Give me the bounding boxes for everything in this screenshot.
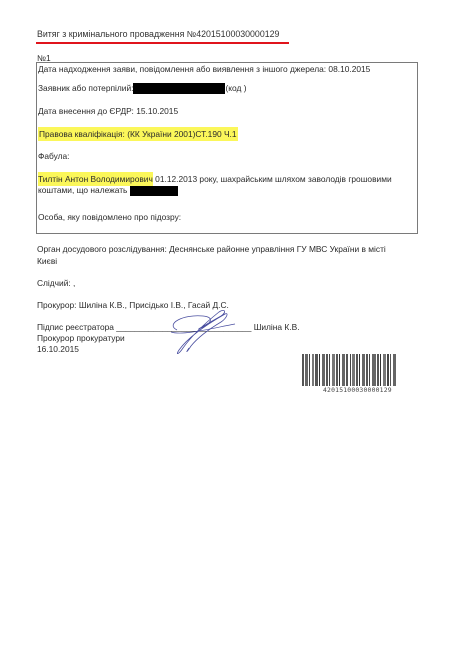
redacted-owner xyxy=(130,186,178,196)
applicant-row: Заявник або потерпілий:(код ) xyxy=(38,83,247,94)
case-details-box: Дата надходження заяви, повідомлення або… xyxy=(36,62,418,234)
redacted-applicant xyxy=(133,83,225,94)
legal-qualification-row: Правова кваліфікація: (КК України 2001)С… xyxy=(38,129,238,139)
applicant-label: Заявник або потерпілий: xyxy=(38,83,133,93)
handwritten-signature-icon xyxy=(163,302,243,358)
registrar-signature-label: Підпис реєстратора xyxy=(37,322,114,332)
applicant-code: (код ) xyxy=(225,83,246,93)
document-title: Витяг з кримінального провадження №42015… xyxy=(37,29,279,39)
date-received: Дата надходження заяви, повідомлення або… xyxy=(38,64,370,74)
investigation-body-line-2: Києві xyxy=(37,256,57,266)
date-entered: Дата внесення до ЄРДР: 15.10.2015 xyxy=(38,106,178,116)
plot-text-1: 01.12.2013 року, шахрайським шляхом заво… xyxy=(153,174,392,184)
investigator: Слідчий: , xyxy=(37,278,75,288)
plot-highlighted-name: Тилтін Антон Володимирович xyxy=(38,172,153,186)
barcode xyxy=(302,354,414,386)
plot-text-2: коштами, що належать xyxy=(38,185,127,195)
plot-line-1: Тилтін Антон Володимирович 01.12.2013 ро… xyxy=(38,174,392,184)
barcode-number: 42015100030000129 xyxy=(323,386,392,394)
legal-qualification: Правова кваліфікація: (КК України 2001)С… xyxy=(38,127,238,141)
signature-date: 16.10.2015 xyxy=(37,344,79,354)
investigation-body-line-1: Орган досудового розслідування: Деснянсь… xyxy=(37,244,386,254)
suspect-label: Особа, яку повідомлено про підозру: xyxy=(38,212,181,222)
plot-line-2: коштами, що належать xyxy=(38,185,178,196)
plot-label: Фабула: xyxy=(38,151,70,161)
title-underline xyxy=(36,42,289,44)
registrar-position: Прокурор прокуратури xyxy=(37,333,125,343)
registrar-name: Шиліна К.В. xyxy=(254,322,300,332)
